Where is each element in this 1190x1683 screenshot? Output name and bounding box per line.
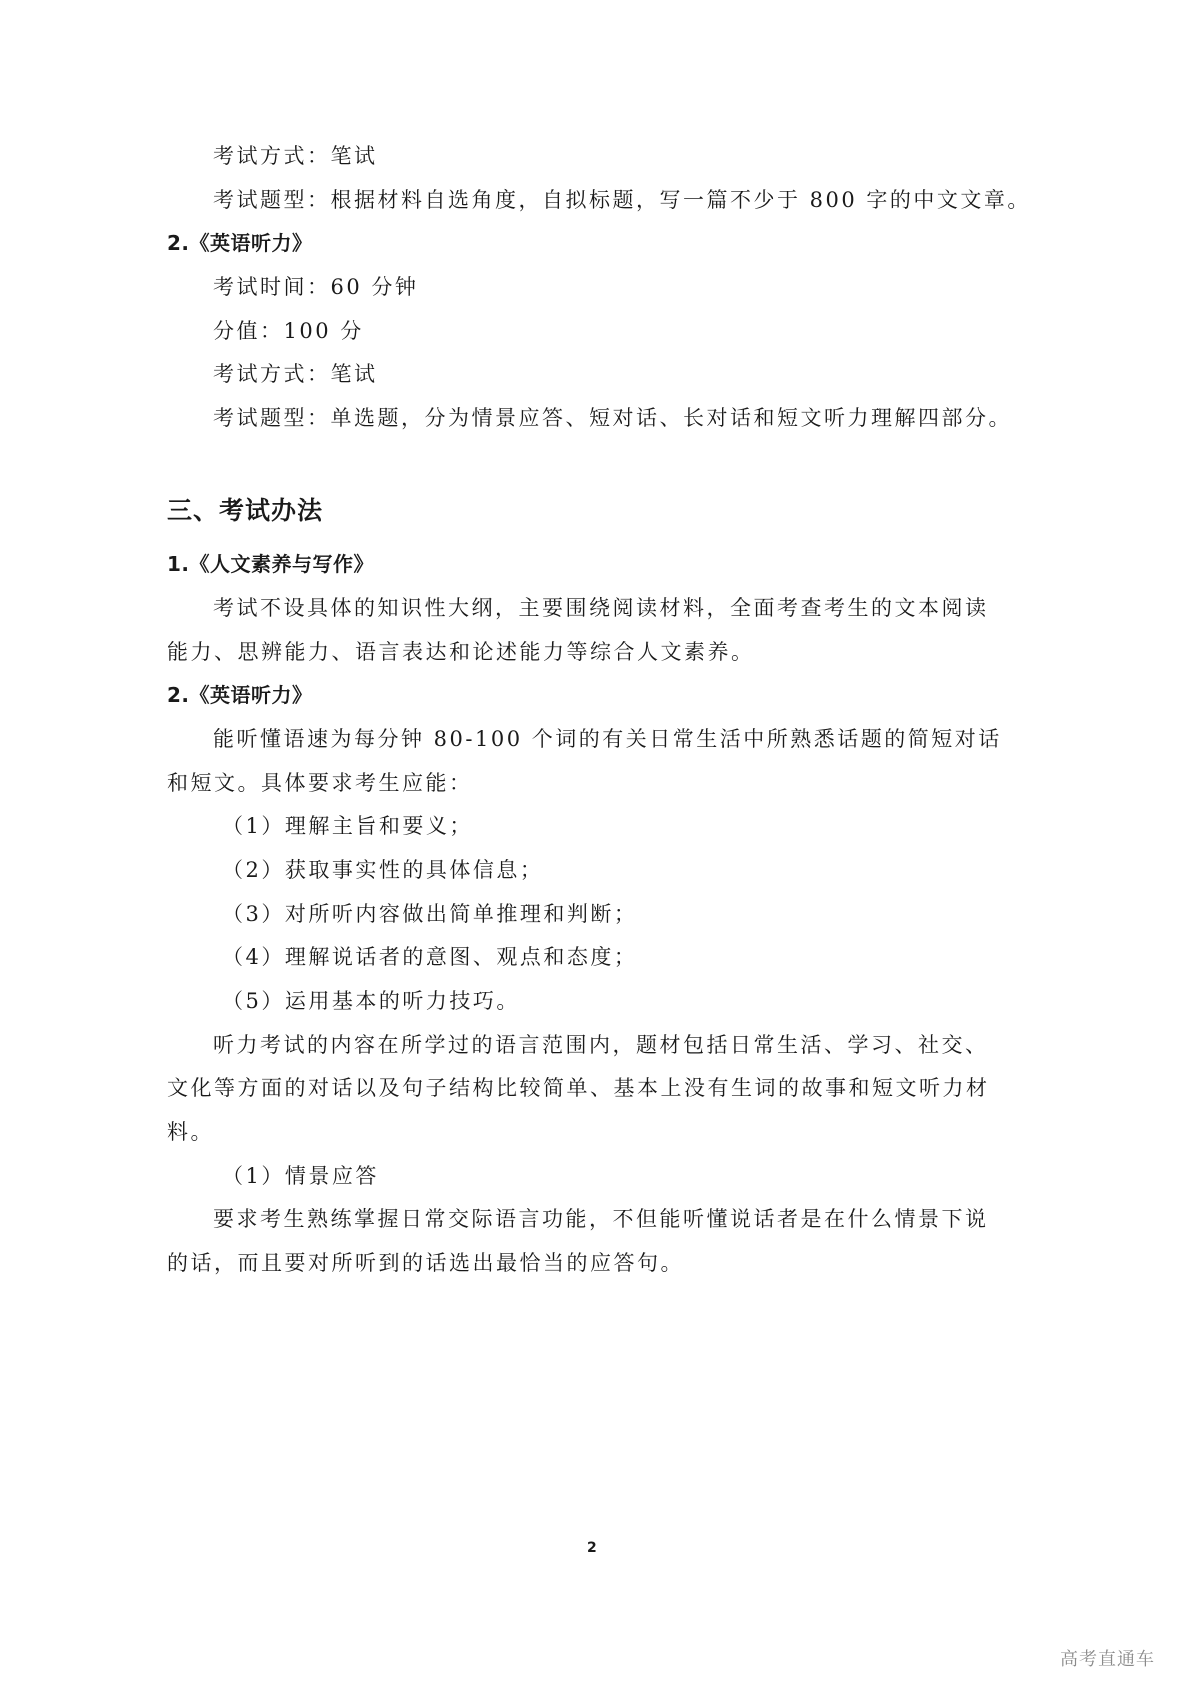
section-heading-exam-methods: 三、考试办法 (167, 497, 323, 525)
requirement-item: （1）理解主旨和要义； (222, 812, 473, 840)
exam-type-listening: 考试题型：单选题，分为情景应答、短对话、长对话和短文听力理解四部分。 (213, 404, 1012, 432)
paragraph-line: 的话，而且要对所听到的话选出最恰当的应答句。 (167, 1249, 684, 1277)
watermark: 高考直通车 (1060, 1645, 1155, 1671)
paragraph-line: 能听懂语速为每分钟 80-100 个词的有关日常生活中所熟悉话题的简短对话 (213, 725, 1002, 753)
requirement-item: （5）运用基本的听力技巧。 (222, 987, 520, 1015)
paragraph-line: 考试不设具体的知识性大纲，主要围绕阅读材料，全面考查考生的文本阅读 (213, 594, 989, 622)
paragraph-line: 听力考试的内容在所学过的语言范围内，题材包括日常生活、学习、社交、 (213, 1031, 989, 1059)
paragraph-line: 和短文。具体要求考生应能： (167, 769, 473, 797)
paragraph-line: 文化等方面的对话以及句子结构比较简单、基本上没有生词的故事和短文听力材 (167, 1074, 990, 1102)
page-number: 2 (587, 1540, 597, 1556)
requirement-item: （4）理解说话者的意图、观点和态度； (222, 943, 637, 971)
requirement-item: （2）获取事实性的具体信息； (222, 856, 543, 884)
paragraph-line: 料。 (167, 1118, 214, 1146)
exam-type-writing: 考试题型：根据材料自选角度，自拟标题，写一篇不少于 800 字的中文文章。 (213, 186, 1031, 214)
exam-method-listening: 考试方式：笔试 (213, 360, 378, 388)
heading-humanities-writing: 1.《人文素养与写作》 (167, 550, 374, 578)
requirement-item: （3）对所听内容做出简单推理和判断； (222, 900, 637, 928)
heading-english-listening-2: 2.《英语听力》 (167, 681, 313, 709)
paragraph-line: 要求考生熟练掌握日常交际语言功能，不但能听懂说话者是在什么情景下说 (213, 1205, 989, 1233)
exam-score-listening: 分值：100 分 (213, 317, 364, 345)
heading-english-listening: 2.《英语听力》 (167, 229, 313, 257)
paragraph-line: 能力、思辨能力、语言表达和论述能力等综合人文素养。 (167, 638, 755, 666)
subsection-heading-situational-response: （1）情景应答 (222, 1162, 379, 1190)
exam-method-writing: 考试方式：笔试 (213, 142, 378, 170)
exam-time-listening: 考试时间：60 分钟 (213, 273, 418, 301)
